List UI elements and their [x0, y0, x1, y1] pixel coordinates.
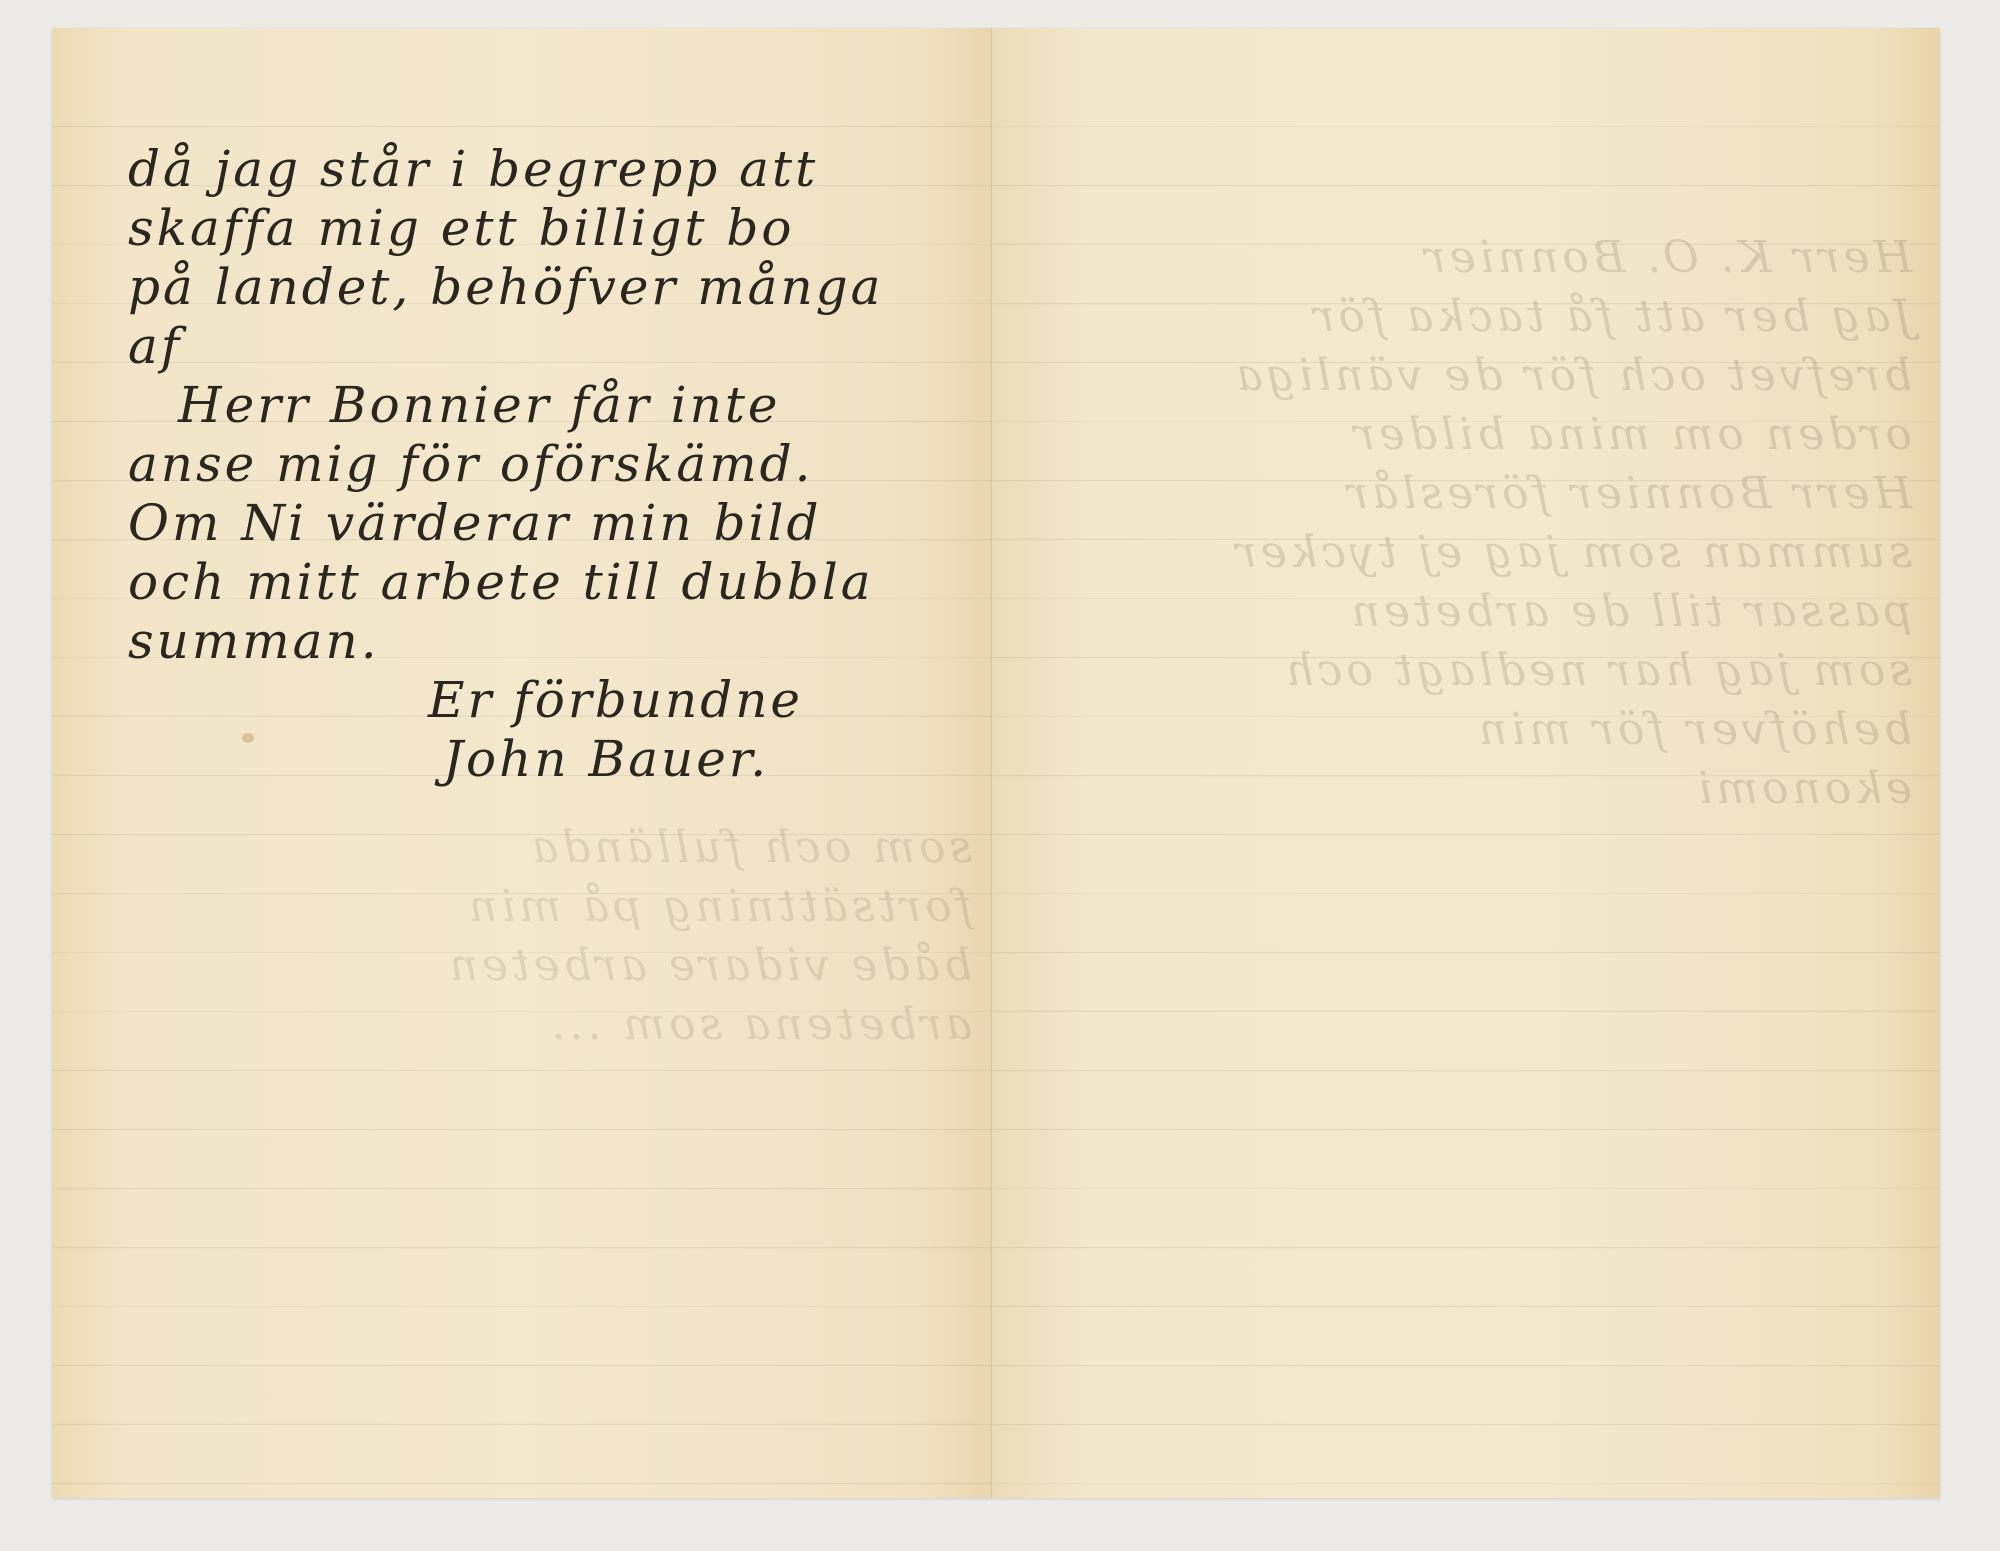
bleed-line: som och fullända	[172, 818, 972, 877]
bleed-line: fortsättning på min	[172, 877, 972, 936]
right-page: Herr K. O. Bonnier Jag ber att få tacka …	[992, 28, 1940, 1498]
letter-line-2: skaffa mig ett billigt bo	[128, 199, 988, 258]
bleed-line: Herr K. O. Bonnier	[1052, 228, 1912, 287]
letter-body: då jag står i begrepp att skaffa mig ett…	[128, 140, 988, 789]
letter-line-1: då jag står i begrepp att	[128, 140, 988, 199]
letter-closing: Er förbundne	[128, 671, 988, 730]
right-page-bleed-through: Herr K. O. Bonnier Jag ber att få tacka …	[1052, 228, 1912, 818]
bleed-line: summan som jag ej tycker	[1052, 523, 1912, 582]
left-page-bleed-through: som och fullända fortsättning på min båd…	[172, 818, 972, 1054]
bleed-line: behöfver för min	[1052, 700, 1912, 759]
letter-line-9: summan.	[128, 612, 988, 671]
letter-line-8: och mitt arbete till dubbla	[128, 553, 988, 612]
bleed-line: brefvet och för de vänliga	[1052, 346, 1912, 405]
bleed-line: passar till de arbeten	[1052, 582, 1912, 641]
bleed-line: Jag ber att få tacka för	[1052, 287, 1912, 346]
letter-line-5: Herr Bonnier får inte	[128, 376, 988, 435]
letter-line-6: anse mig för oförskämd.	[128, 435, 988, 494]
bleed-line: både vidare arbeten	[172, 936, 972, 995]
letter-signature: John Bauer.	[128, 730, 988, 789]
bleed-line: orden om mina bilder	[1052, 405, 1912, 464]
left-page: som och fullända fortsättning på min båd…	[52, 28, 992, 1498]
bleed-line: Herr Bonnier föreslår	[1052, 464, 1912, 523]
bleed-line: arbetena som ...	[172, 995, 972, 1054]
letter-line-3: på landet, behöfver många	[128, 258, 988, 317]
bleed-line: ekonomi	[1052, 759, 1912, 818]
letter-line-4: af	[128, 317, 988, 376]
bleed-line: som jag har nedlagt och	[1052, 641, 1912, 700]
letter-sheet: som och fullända fortsättning på min båd…	[52, 28, 1940, 1498]
letter-line-7: Om Ni värderar min bild	[128, 494, 988, 553]
